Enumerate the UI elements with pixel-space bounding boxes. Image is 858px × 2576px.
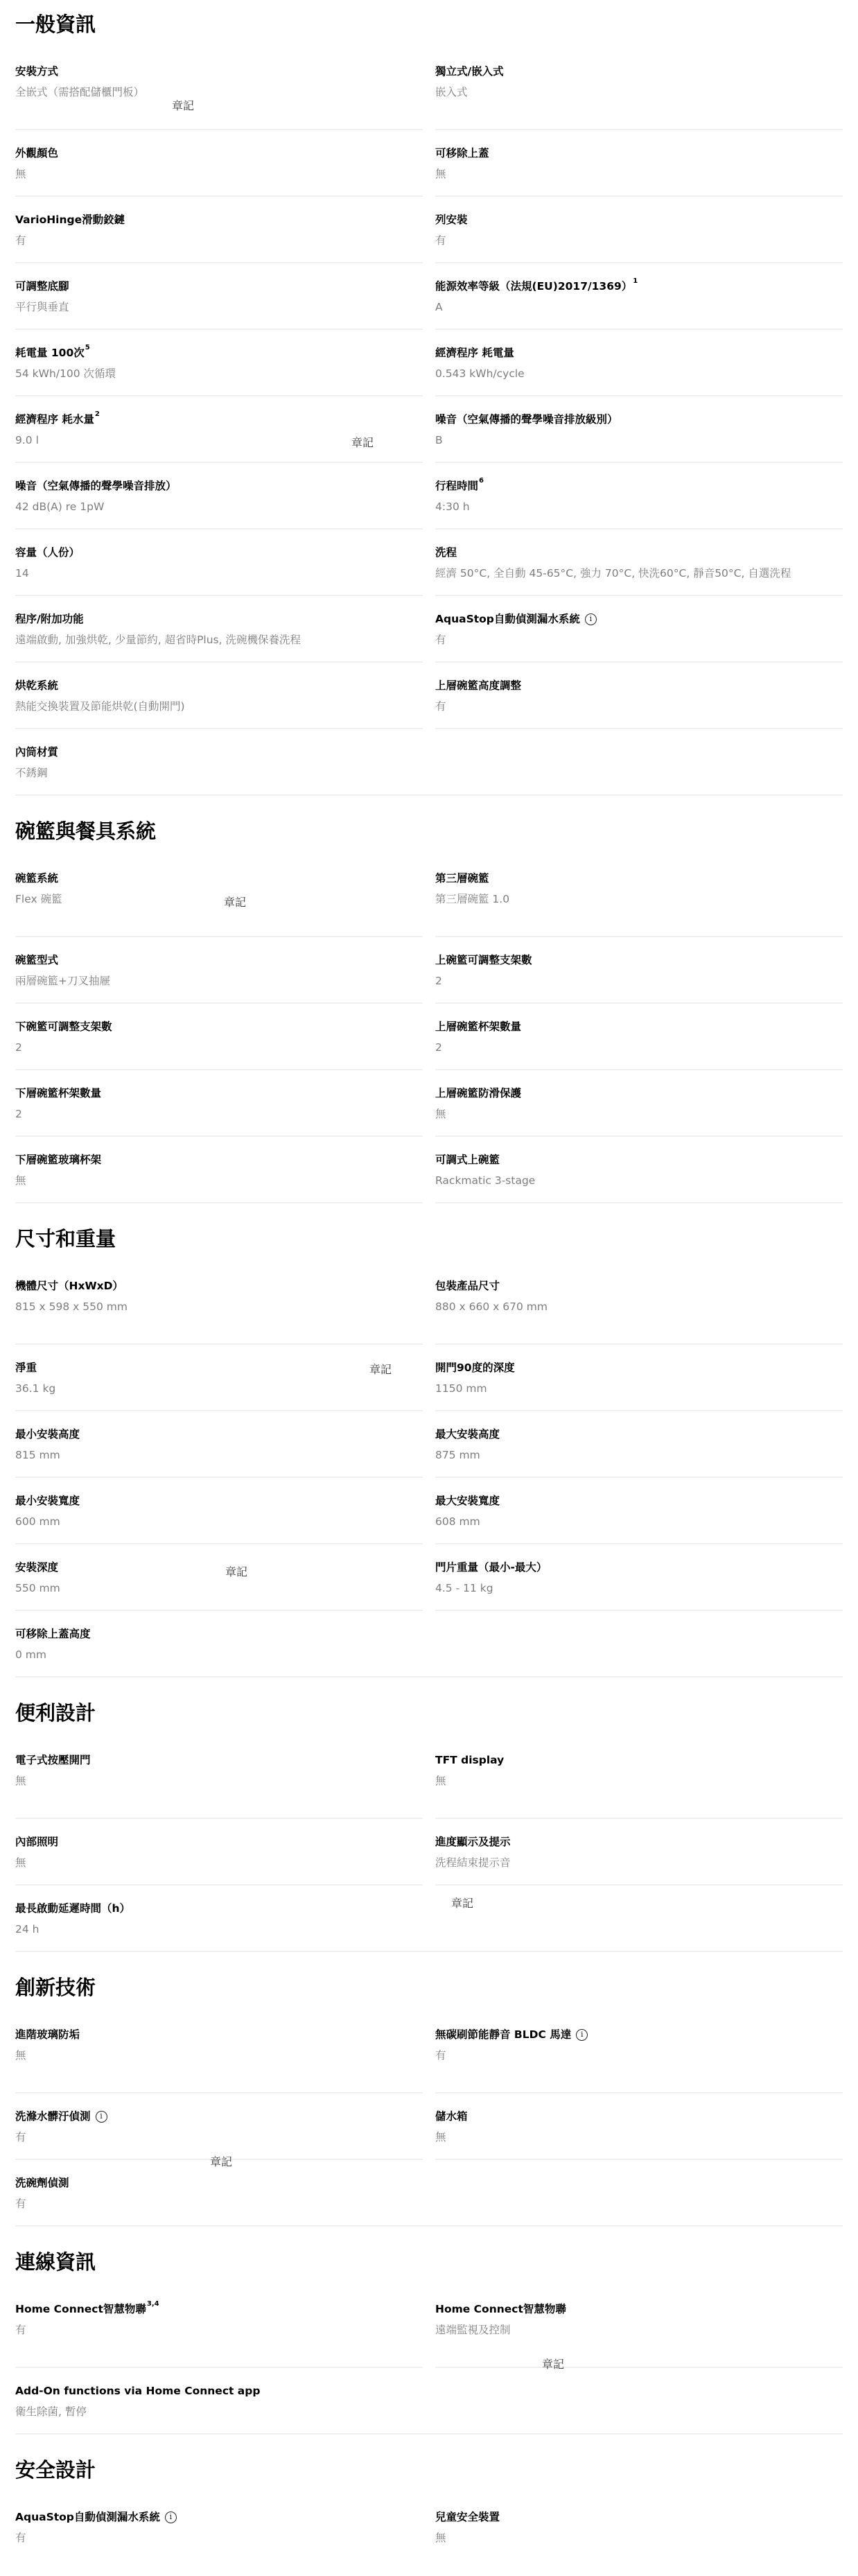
spec-value: 無 — [15, 1173, 423, 1188]
info-icon[interactable]: i — [165, 2512, 177, 2523]
spec-label: 下層碗籃玻璃杯架 — [15, 1152, 423, 1167]
spec-label-text: 上碗籃可調整支架數 — [435, 952, 532, 968]
chapter-mark-label[interactable]: 章記 — [225, 1563, 247, 1579]
spec-value: 36.1 kg — [15, 1381, 423, 1396]
spec-label: 列安裝 — [435, 212, 843, 227]
spec-label: 安裝深度 — [15, 1560, 423, 1575]
spec-label: 上層碗籃高度調整 — [435, 678, 843, 693]
spec-label: 洗滌水髒汙偵測i — [15, 2109, 423, 2124]
spec-label: 開門90度的深度 — [435, 1360, 843, 1375]
spec-value: 無 — [15, 1855, 423, 1870]
spec-item: 兒童安全裝置無 — [435, 2509, 843, 2576]
spec-value: 全嵌式（需搭配儲櫃門板） — [15, 85, 423, 100]
spec-item: 最大安裝高度875 mm — [435, 1411, 843, 1478]
spec-value: 遠端啟動, 加強烘乾, 少量節約, 超省時Plus, 洗碗機保養洗程 — [15, 632, 423, 647]
spec-item: 進度顯示及提示洗程結束提示音 — [435, 1819, 843, 1886]
spec-section: 創新技術進階玻璃防垢無無碳刷節能靜音 BLDC 馬達i有洗滌水髒汙偵測i有儲水箱… — [15, 1952, 843, 2227]
spec-item: 機體尺寸（HxWxD）815 x 598 x 550 mm — [15, 1278, 423, 1345]
spec-label: 安裝方式 — [15, 64, 423, 79]
spec-item: 可移除上蓋無 — [435, 130, 843, 197]
spec-label: 經濟程序 耗電量 — [435, 345, 843, 360]
spec-label: 可移除上蓋 — [435, 146, 843, 161]
spec-label-text: 下層碗籃杯架數量 — [15, 1086, 101, 1101]
spec-label-text: 洗碗劑偵測 — [15, 2175, 69, 2191]
spec-section: 連線資訊Home Connect智慧物聯3,4有Home Connect智慧物聯… — [15, 2227, 843, 2435]
spec-label: 可調式上碗籃 — [435, 1152, 843, 1167]
chapter-mark-label[interactable]: 章記 — [369, 1361, 392, 1377]
spec-value: 550 mm — [15, 1581, 423, 1596]
spec-item: 能源效率等級（法規(EU)2017/1369）1A — [435, 263, 843, 330]
spec-value: 無 — [435, 166, 843, 182]
spec-value: 54 kWh/100 次循環 — [15, 366, 423, 381]
spec-label: AquaStop自動偵測漏水系統i — [15, 2509, 423, 2525]
spec-item: 下碗籃可調整支架數2 — [15, 1004, 423, 1070]
spec-label: 進階玻璃防垢 — [15, 2027, 423, 2042]
spec-value: 不銹鋼 — [15, 765, 843, 781]
spec-value: 無 — [435, 2130, 843, 2145]
spec-grid: 碗籃系統Flex 碗籃第三層碗籃第三層碗籃 1.0碗籃型式兩層碗籃+刀叉抽屜上碗… — [15, 871, 843, 1203]
spec-value: 2 — [15, 1040, 423, 1055]
spec-value: 無 — [15, 2048, 423, 2063]
spec-label: Home Connect智慧物聯 — [435, 2301, 843, 2317]
spec-label: 最大安裝高度 — [435, 1427, 843, 1442]
spec-section: 便利設計電子式按壓開門無TFT display無內部照明無進度顯示及提示洗程結束… — [15, 1678, 843, 1952]
spec-item: 容量（人份）14 — [15, 530, 423, 596]
spec-item: 進階玻璃防垢無 — [15, 2027, 423, 2094]
spec-value: A — [435, 299, 843, 315]
spec-value: 4.5 - 11 kg — [435, 1581, 843, 1596]
spec-label: 程序/附加功能 — [15, 611, 423, 627]
spec-label: 淨重 — [15, 1360, 423, 1375]
spec-label: 上碗籃可調整支架數 — [435, 952, 843, 968]
section-title: 一般資訊 — [15, 12, 843, 36]
section-title: 碗籃與餐具系統 — [15, 819, 843, 843]
spec-label-text: 碗籃系統 — [15, 871, 58, 886]
spec-item: 可移除上蓋高度0 mm — [15, 1611, 843, 1678]
spec-label-text: AquaStop自動偵測漏水系統 — [435, 611, 580, 627]
spec-section: 安全設計AquaStop自動偵測漏水系統i有兒童安全裝置無 — [15, 2435, 843, 2576]
spec-item: 可調式上碗籃Rackmatic 3-stage — [435, 1137, 843, 1203]
spec-value: 有 — [15, 233, 423, 248]
spec-label: 第三層碗籃 — [435, 871, 843, 886]
spec-value: 815 mm — [15, 1447, 423, 1463]
spec-grid: 機體尺寸（HxWxD）815 x 598 x 550 mm包裝產品尺寸880 x… — [15, 1278, 843, 1678]
spec-item: VarioHinge滑動鉸鏈有 — [15, 197, 423, 263]
spec-label: 洗碗劑偵測 — [15, 2175, 843, 2191]
spec-item: 上層碗籃防滑保護無 — [435, 1070, 843, 1137]
spec-label-text: 可調式上碗籃 — [435, 1152, 500, 1167]
spec-value: 有 — [435, 632, 843, 647]
spec-item: 淨重36.1 kg — [15, 1345, 423, 1411]
spec-value: 衛生除菌, 暫停 — [15, 2404, 843, 2419]
spec-value: 無 — [435, 1773, 843, 1789]
spec-value: 有 — [435, 233, 843, 248]
spec-value: 遠端監視及控制 — [435, 2322, 843, 2338]
spec-label-text: 上層碗籃防滑保護 — [435, 1086, 521, 1101]
spec-item: 最長啟動延遲時間（h）24 h — [15, 1886, 843, 1952]
spec-item: 最小安裝高度815 mm — [15, 1411, 423, 1478]
spec-grid: 安裝方式全嵌式（需搭配儲櫃門板）獨立式/嵌入式嵌入式外觀顏色無可移除上蓋無Var… — [15, 64, 843, 796]
spec-grid: Home Connect智慧物聯3,4有Home Connect智慧物聯遠端監視… — [15, 2301, 843, 2435]
spec-label: 可移除上蓋高度 — [15, 1626, 843, 1642]
spec-value: 24 h — [15, 1922, 843, 1937]
spec-value: 有 — [15, 2130, 423, 2145]
spec-value: 600 mm — [15, 1514, 423, 1529]
spec-value: 無 — [435, 1106, 843, 1122]
spec-item: 碗籃系統Flex 碗籃 — [15, 871, 423, 937]
spec-grid: 電子式按壓開門無TFT display無內部照明無進度顯示及提示洗程結束提示音最… — [15, 1752, 843, 1952]
section-title: 便利設計 — [15, 1701, 843, 1725]
spec-value: 有 — [15, 2196, 843, 2211]
spec-value: 1150 mm — [435, 1381, 843, 1396]
spec-item: 無碳刷節能靜音 BLDC 馬達i有 — [435, 2027, 843, 2094]
spec-section: 一般資訊安裝方式全嵌式（需搭配儲櫃門板）獨立式/嵌入式嵌入式外觀顏色無可移除上蓋… — [15, 0, 843, 796]
spec-label: 噪音（空氣傳播的聲學噪音排放） — [15, 478, 423, 494]
spec-item: 第三層碗籃第三層碗籃 1.0 — [435, 871, 843, 937]
spec-label: TFT display — [435, 1752, 843, 1768]
spec-label-text: 洗滌水髒汙偵測 — [15, 2109, 91, 2124]
spec-item: 安裝深度550 mm — [15, 1544, 423, 1611]
spec-label-text: 列安裝 — [435, 212, 468, 227]
spec-value: B — [435, 433, 843, 448]
spec-item: 包裝產品尺寸880 x 660 x 670 mm — [435, 1278, 843, 1345]
spec-section: 碗籃與餐具系統碗籃系統Flex 碗籃第三層碗籃第三層碗籃 1.0碗籃型式兩層碗籃… — [15, 796, 843, 1203]
spec-label: 容量（人份） — [15, 545, 423, 560]
spec-label: 上層碗籃防滑保護 — [435, 1086, 843, 1101]
spec-item: 上層碗籃杯架數量2 — [435, 1004, 843, 1070]
spec-label: 洗程 — [435, 545, 843, 560]
spec-label-text: 開門90度的深度 — [435, 1360, 515, 1375]
spec-label-text: 內筒材質 — [15, 745, 58, 760]
spec-value: 608 mm — [435, 1514, 843, 1529]
spec-grid: 進階玻璃防垢無無碳刷節能靜音 BLDC 馬達i有洗滌水髒汙偵測i有儲水箱無洗碗劑… — [15, 2027, 843, 2227]
spec-item: 內部照明無 — [15, 1819, 423, 1886]
section-title: 連線資訊 — [15, 2250, 843, 2274]
spec-label-text: 兒童安全裝置 — [435, 2509, 500, 2525]
spec-label-text: 下層碗籃玻璃杯架 — [15, 1152, 101, 1167]
spec-label: 經濟程序 耗水量2 — [15, 412, 423, 427]
spec-label: 上層碗籃杯架數量 — [435, 1019, 843, 1034]
spec-value: 4:30 h — [435, 499, 843, 514]
spec-label-text: 獨立式/嵌入式 — [435, 64, 504, 79]
spec-label: AquaStop自動偵測漏水系統i — [435, 611, 843, 627]
spec-value: 2 — [435, 1040, 843, 1055]
spec-value: Rackmatic 3-stage — [435, 1173, 843, 1188]
spec-label: 碗籃型式 — [15, 952, 423, 968]
spec-value: 經濟 50°C, 全自動 45-65°C, 強力 70°C, 快洗60°C, 靜… — [435, 566, 843, 581]
chapter-mark-label[interactable]: 章記 — [542, 2356, 564, 2372]
spec-value: 有 — [15, 2530, 423, 2545]
spec-item: 可調整底腳平行與垂直 — [15, 263, 423, 330]
spec-label: 最小安裝寬度 — [15, 1493, 423, 1508]
chapter-mark-label[interactable]: 章記 — [224, 894, 246, 910]
spec-item: 洗滌水髒汙偵測i有 — [15, 2094, 423, 2160]
spec-item: 上碗籃可調整支架數2 — [435, 937, 843, 1004]
spec-item: 噪音（空氣傳播的聲學噪音排放級別）B — [435, 397, 843, 463]
spec-label-text: 電子式按壓開門 — [15, 1752, 91, 1768]
spec-value: 42 dB(A) re 1pW — [15, 499, 423, 514]
spec-value: 2 — [435, 973, 843, 989]
spec-value: 0.543 kWh/cycle — [435, 366, 843, 381]
spec-label-text: 經濟程序 耗水量 — [15, 412, 94, 427]
spec-label-text: Home Connect智慧物聯 — [435, 2301, 566, 2317]
spec-item: 洗程經濟 50°C, 全自動 45-65°C, 強力 70°C, 快洗60°C,… — [435, 530, 843, 596]
info-icon[interactable]: i — [96, 2111, 107, 2123]
spec-label-text: 內部照明 — [15, 1834, 58, 1850]
spec-value: 2 — [15, 1106, 423, 1122]
spec-value: 14 — [15, 566, 423, 581]
spec-item: Home Connect智慧物聯遠端監視及控制 — [435, 2301, 843, 2368]
spec-label: 進度顯示及提示 — [435, 1834, 843, 1850]
spec-value: 無 — [15, 1773, 423, 1789]
spec-label-text: 耗電量 100次 — [15, 345, 85, 360]
spec-label: 兒童安全裝置 — [435, 2509, 843, 2525]
spec-label-text: 儲水箱 — [435, 2109, 468, 2124]
spec-label-text: 最小安裝高度 — [15, 1427, 80, 1442]
spec-item: 最小安裝寬度600 mm — [15, 1478, 423, 1544]
spec-label: 耗電量 100次5 — [15, 345, 423, 360]
chapter-mark-label[interactable]: 章記 — [351, 434, 374, 450]
spec-item: AquaStop自動偵測漏水系統i有 — [435, 596, 843, 663]
spec-label-text: 無碳刷節能靜音 BLDC 馬達 — [435, 2027, 571, 2042]
spec-item: 下層碗籃杯架數量2 — [15, 1070, 423, 1137]
spec-label: VarioHinge滑動鉸鏈 — [15, 212, 423, 227]
spec-label: 包裝產品尺寸 — [435, 1278, 843, 1294]
spec-label-text: 上層碗籃高度調整 — [435, 678, 521, 693]
spec-value: 有 — [435, 2048, 843, 2063]
spec-label-text: 進度顯示及提示 — [435, 1834, 511, 1850]
spec-label: 碗籃系統 — [15, 871, 423, 886]
spec-label: Add-On functions via Home Connect app — [15, 2383, 843, 2399]
spec-item: AquaStop自動偵測漏水系統i有 — [15, 2509, 423, 2576]
spec-item: 安裝方式全嵌式（需搭配儲櫃門板） — [15, 64, 423, 130]
spec-label: 內部照明 — [15, 1834, 423, 1850]
spec-label-text: 噪音（空氣傳播的聲學噪音排放級別） — [435, 412, 618, 427]
spec-label: 最長啟動延遲時間（h） — [15, 1901, 843, 1916]
spec-value: 熱能交換裝置及節能烘乾(自動開門) — [15, 699, 423, 714]
spec-value: 嵌入式 — [435, 85, 843, 100]
spec-label: 門片重量（最小-最大） — [435, 1560, 843, 1575]
spec-value: 880 x 660 x 670 mm — [435, 1299, 843, 1314]
spec-value: 兩層碗籃+刀叉抽屜 — [15, 973, 423, 989]
spec-label-text: 最小安裝寬度 — [15, 1493, 80, 1508]
spec-label-text: 行程時間 — [435, 478, 478, 494]
spec-label: 下層碗籃杯架數量 — [15, 1086, 423, 1101]
spec-label-text: 外觀顏色 — [15, 146, 58, 161]
spec-label-text: TFT display — [435, 1752, 504, 1768]
spec-item: 程序/附加功能遠端啟動, 加強烘乾, 少量節約, 超省時Plus, 洗碗機保養洗… — [15, 596, 423, 663]
spec-label: 烘乾系統 — [15, 678, 423, 693]
spec-label-text: 洗程 — [435, 545, 457, 560]
spec-value: 平行與垂直 — [15, 299, 423, 315]
spec-page: 一般資訊安裝方式全嵌式（需搭配儲櫃門板）獨立式/嵌入式嵌入式外觀顏色無可移除上蓋… — [0, 0, 858, 2576]
spec-label-text: 最長啟動延遲時間（h） — [15, 1901, 130, 1916]
spec-label: 電子式按壓開門 — [15, 1752, 423, 1768]
spec-label-text: 淨重 — [15, 1360, 37, 1375]
chapter-mark-label[interactable]: 章記 — [210, 2153, 232, 2169]
section-title: 尺寸和重量 — [15, 1227, 843, 1251]
section-title: 安全設計 — [15, 2458, 843, 2482]
spec-grid: AquaStop自動偵測漏水系統i有兒童安全裝置無 — [15, 2509, 843, 2576]
spec-item: TFT display無 — [435, 1752, 843, 1819]
spec-label-text: 機體尺寸（HxWxD） — [15, 1278, 123, 1294]
spec-label: 獨立式/嵌入式 — [435, 64, 843, 79]
spec-label: 最大安裝寬度 — [435, 1493, 843, 1508]
spec-item: 上層碗籃高度調整有 — [435, 663, 843, 729]
spec-value: 洗程結束提示音 — [435, 1855, 843, 1870]
spec-label-text: 經濟程序 耗電量 — [435, 345, 514, 360]
info-icon[interactable]: i — [576, 2029, 588, 2041]
spec-item: Home Connect智慧物聯3,4有 — [15, 2301, 423, 2368]
spec-label: 能源效率等級（法規(EU)2017/1369）1 — [435, 279, 843, 294]
spec-label-text: 烘乾系統 — [15, 678, 58, 693]
spec-value: 有 — [15, 2322, 423, 2338]
spec-item: 烘乾系統熱能交換裝置及節能烘乾(自動開門) — [15, 663, 423, 729]
spec-value: 無 — [435, 2530, 843, 2545]
spec-value: 無 — [15, 166, 423, 182]
section-title: 創新技術 — [15, 1976, 843, 1999]
spec-label-text: 最大安裝寬度 — [435, 1493, 500, 1508]
spec-item: 獨立式/嵌入式嵌入式 — [435, 64, 843, 130]
spec-label-text: VarioHinge滑動鉸鏈 — [15, 212, 125, 227]
spec-label: 外觀顏色 — [15, 146, 423, 161]
spec-item: 碗籃型式兩層碗籃+刀叉抽屜 — [15, 937, 423, 1004]
spec-item: 外觀顏色無 — [15, 130, 423, 197]
spec-item: 開門90度的深度1150 mm — [435, 1345, 843, 1411]
spec-label-text: 門片重量（最小-最大） — [435, 1560, 547, 1575]
spec-item: 洗碗劑偵測有 — [15, 2160, 843, 2227]
spec-item: 列安裝有 — [435, 197, 843, 263]
spec-label: 可調整底腳 — [15, 279, 423, 294]
spec-label-text: 包裝產品尺寸 — [435, 1278, 500, 1294]
spec-label-text: 容量（人份） — [15, 545, 80, 560]
spec-label-text: Add-On functions via Home Connect app — [15, 2383, 260, 2399]
spec-label-text: AquaStop自動偵測漏水系統 — [15, 2509, 160, 2525]
spec-label-text: 程序/附加功能 — [15, 611, 84, 627]
spec-item: 耗電量 100次554 kWh/100 次循環 — [15, 330, 423, 397]
spec-label: 下碗籃可調整支架數 — [15, 1019, 423, 1034]
spec-value: 有 — [435, 699, 843, 714]
spec-label-text: 安裝深度 — [15, 1560, 58, 1575]
spec-value: 815 x 598 x 550 mm — [15, 1299, 423, 1314]
spec-label-text: 可移除上蓋 — [435, 146, 489, 161]
spec-item: 最大安裝寬度608 mm — [435, 1478, 843, 1544]
spec-item: 儲水箱無 — [435, 2094, 843, 2160]
spec-value: 875 mm — [435, 1447, 843, 1463]
spec-value: Flex 碗籃 — [15, 891, 423, 907]
spec-label: 儲水箱 — [435, 2109, 843, 2124]
spec-label-text: 噪音（空氣傳播的聲學噪音排放） — [15, 478, 177, 494]
spec-section: 尺寸和重量機體尺寸（HxWxD）815 x 598 x 550 mm包裝產品尺寸… — [15, 1203, 843, 1678]
spec-label-text: 能源效率等級（法規(EU)2017/1369） — [435, 279, 632, 294]
spec-label-text: Home Connect智慧物聯 — [15, 2301, 146, 2317]
spec-item: 下層碗籃玻璃杯架無 — [15, 1137, 423, 1203]
spec-label-text: 下碗籃可調整支架數 — [15, 1019, 112, 1034]
spec-label: 無碳刷節能靜音 BLDC 馬達i — [435, 2027, 843, 2042]
spec-value: 第三層碗籃 1.0 — [435, 891, 843, 907]
spec-label-text: 安裝方式 — [15, 64, 58, 79]
info-icon[interactable]: i — [585, 613, 597, 625]
chapter-mark-label[interactable]: 章記 — [172, 97, 194, 113]
spec-label: 行程時間6 — [435, 478, 843, 494]
spec-item: 噪音（空氣傳播的聲學噪音排放）42 dB(A) re 1pW — [15, 463, 423, 530]
spec-label-text: 上層碗籃杯架數量 — [435, 1019, 521, 1034]
spec-label: 最小安裝高度 — [15, 1427, 423, 1442]
spec-item: 門片重量（最小-最大）4.5 - 11 kg — [435, 1544, 843, 1611]
spec-value: 0 mm — [15, 1647, 843, 1662]
spec-item: 電子式按壓開門無 — [15, 1752, 423, 1819]
chapter-mark-label[interactable]: 章記 — [451, 1895, 473, 1911]
spec-label-text: 進階玻璃防垢 — [15, 2027, 80, 2042]
spec-label-text: 第三層碗籃 — [435, 871, 489, 886]
spec-item: 經濟程序 耗電量0.543 kWh/cycle — [435, 330, 843, 397]
spec-label-text: 最大安裝高度 — [435, 1427, 500, 1442]
spec-label: 內筒材質 — [15, 745, 843, 760]
spec-item: 行程時間64:30 h — [435, 463, 843, 530]
spec-item: 內筒材質不銹鋼 — [15, 729, 843, 796]
spec-item: Add-On functions via Home Connect app衛生除… — [15, 2368, 843, 2435]
spec-label: 機體尺寸（HxWxD） — [15, 1278, 423, 1294]
spec-label-text: 可移除上蓋高度 — [15, 1626, 91, 1642]
spec-label: Home Connect智慧物聯3,4 — [15, 2301, 423, 2317]
spec-label-text: 可調整底腳 — [15, 279, 69, 294]
spec-label: 噪音（空氣傳播的聲學噪音排放級別） — [435, 412, 843, 427]
spec-item: 經濟程序 耗水量29.0 l — [15, 397, 423, 463]
spec-label-text: 碗籃型式 — [15, 952, 58, 968]
